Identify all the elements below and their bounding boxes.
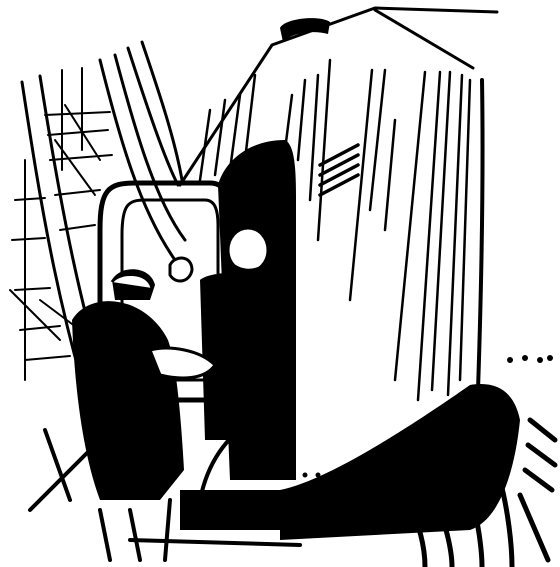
- worker-in-coat: [72, 269, 215, 500]
- vent-slats: [320, 145, 358, 195]
- illustration: [0, 0, 560, 567]
